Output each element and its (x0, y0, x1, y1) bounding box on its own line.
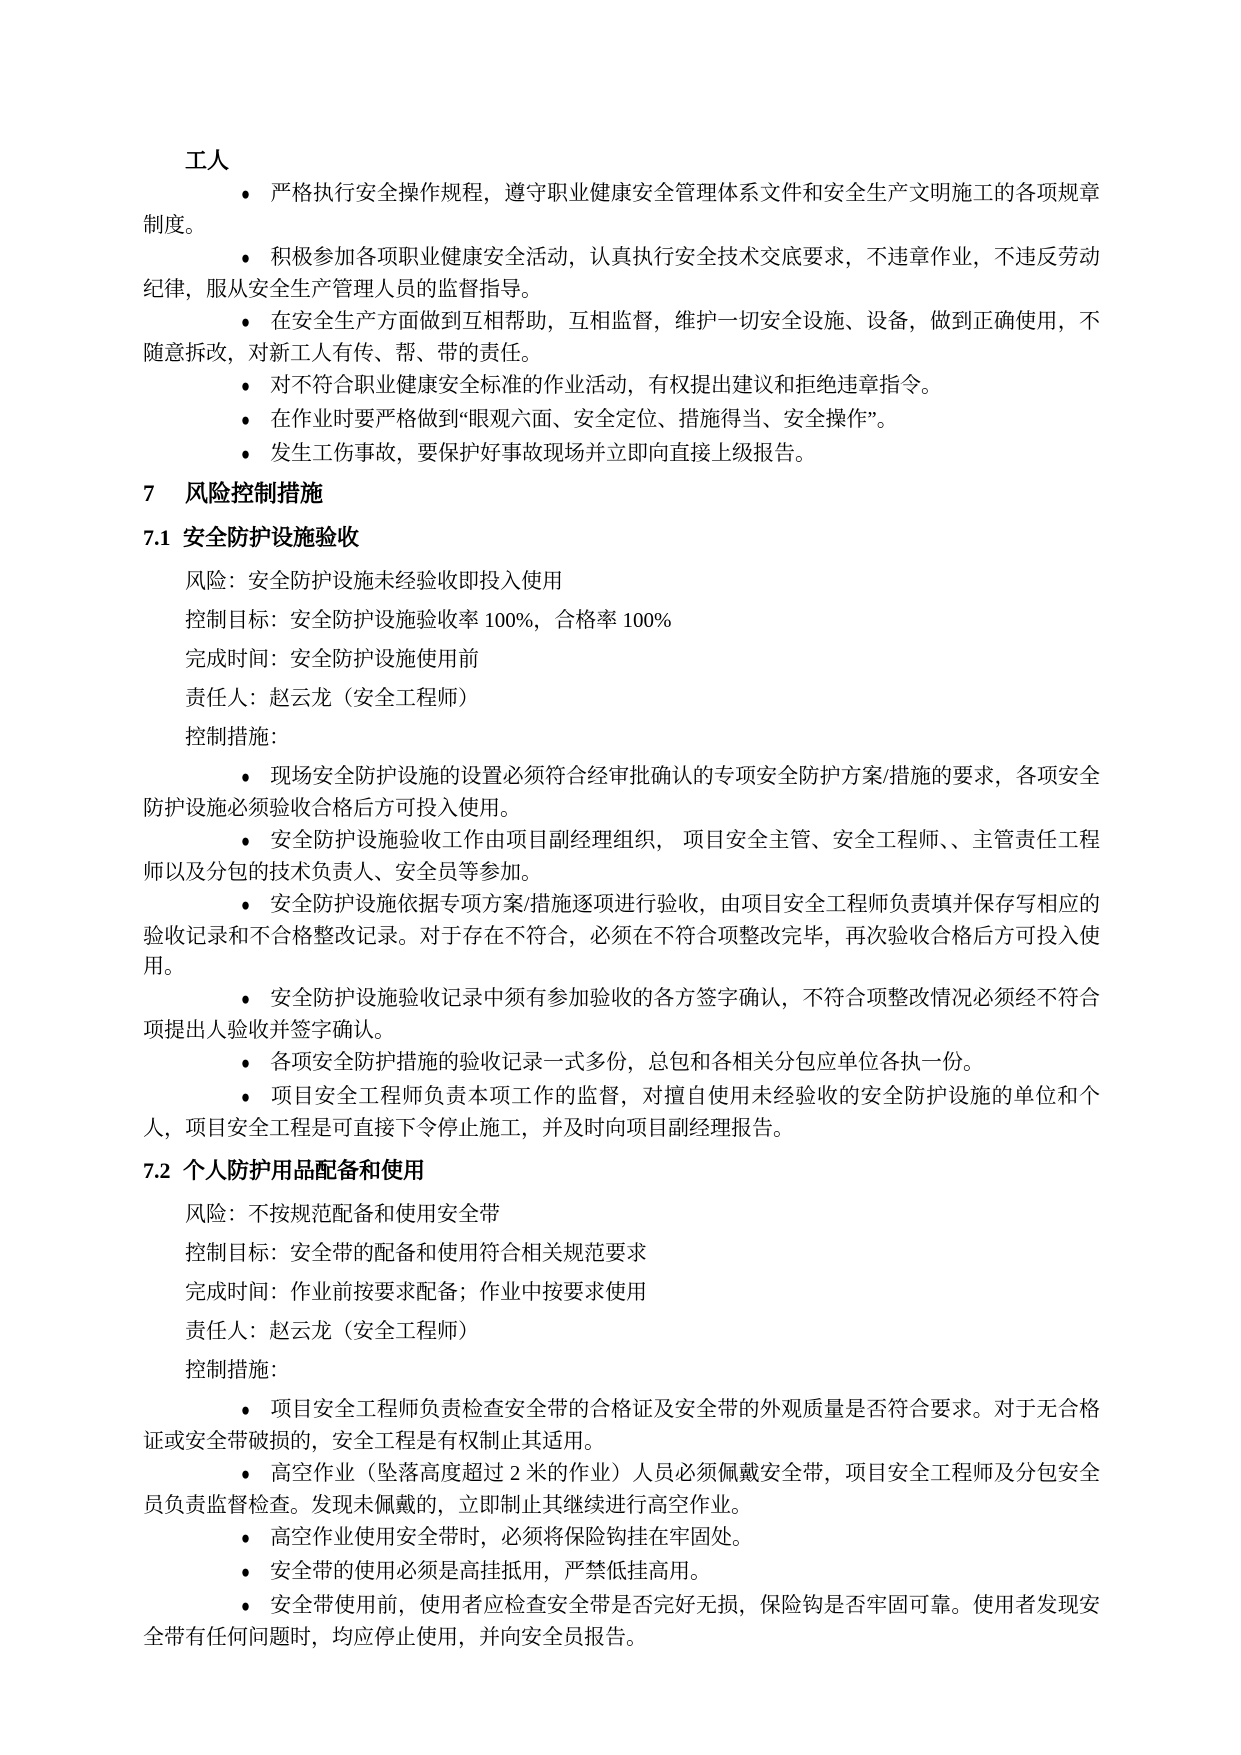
responsible-person-field: 责任人：赵云龙（安全工程师） (143, 1316, 1100, 1346)
control-measures-label: 控制措施： (143, 1355, 1100, 1385)
worker-duty-item: ●在作业时要严格做到“眼观六面、安全定位、措施得当、安全操作”。 (143, 404, 1100, 436)
worker-duty-item: ●发生工伤事故，要保护好事故现场并立即向直接上级报告。 (143, 438, 1100, 470)
bullet-icon: ● (192, 887, 250, 925)
bullet-text: 对不符合职业健康安全标准的作业活动，有权提出建议和拒绝违章指令。 (270, 373, 942, 397)
subsection-title: 安全防护设施验收 (183, 525, 359, 550)
bullet-text: 项目安全工程师负责本项工作的监督，对擅自使用未经验收的安全防护设施的单位和个人，… (143, 1084, 1100, 1140)
control-target-field: 控制目标：安全带的配备和使用符合相关规范要求 (143, 1238, 1100, 1268)
bullet-icon: ● (192, 436, 250, 474)
bullet-icon: ● (192, 240, 250, 278)
bullet-text: 严格执行安全操作规程，遵守职业健康安全管理体系文件和安全生产文明施工的各项规章制… (143, 181, 1100, 237)
control-measure-item: ●各项安全防护措施的验收记录一式多份，总包和各相关分包应单位各执一份。 (143, 1047, 1100, 1079)
section-7-2-heading: 7.2个人防护用品配备和使用 (143, 1155, 1100, 1187)
subsection-number: 7.1 (143, 522, 183, 554)
bullet-text: 高空作业使用安全带时，必须将保险钩挂在牢固处。 (270, 1525, 753, 1549)
completion-time-field: 完成时间：作业前按要求配备；作业中按要求使用 (143, 1277, 1100, 1307)
bullet-text: 在作业时要严格做到“眼观六面、安全定位、措施得当、安全操作”。 (270, 407, 898, 431)
bullet-text: 安全防护设施验收工作由项目副经理组织， 项目安全主管、安全工程师、、主管责任工程… (143, 828, 1100, 884)
bullet-icon: ● (192, 368, 250, 406)
bullet-text: 现场安全防护设施的设置必须符合经审批确认的专项安全防护方案/措施的要求，各项安全… (143, 764, 1100, 820)
bullet-text: 各项安全防护措施的验收记录一式多份，总包和各相关分包应单位各执一份。 (270, 1050, 984, 1074)
risk-field: 风险：安全防护设施未经验收即投入使用 (143, 566, 1100, 596)
control-measure-item: ●安全带的使用必须是高挂抵用，严禁低挂高用。 (143, 1556, 1100, 1588)
bullet-text: 安全带的使用必须是高挂抵用，严禁低挂高用。 (270, 1559, 711, 1583)
control-measure-item: ●高空作业使用安全带时，必须将保险钩挂在牢固处。 (143, 1522, 1100, 1554)
subsection-title: 个人防护用品配备和使用 (183, 1158, 425, 1183)
bullet-text: 高空作业（坠落高度超过 2 米的作业）人员必须佩戴安全带，项目安全工程师及分包安… (143, 1461, 1100, 1517)
control-target-field: 控制目标：安全防护设施验收率 100%，合格率 100% (143, 605, 1100, 635)
control-measures-label: 控制措施： (143, 722, 1100, 752)
bullet-text: 积极参加各项职业健康安全活动，认真执行安全技术交底要求，不违章作业，不违反劳动纪… (143, 245, 1100, 301)
bullet-icon: ● (192, 1520, 250, 1558)
control-measure-item: ●安全带使用前，使用者应检查安全带是否完好无损，保险钩是否牢固可靠。使用者发现安… (143, 1590, 1100, 1652)
control-measure-item: ●项目安全工程师负责检查安全带的合格证及安全带的外观质量是否符合要求。对于无合格… (143, 1394, 1100, 1456)
bullet-text: 安全带使用前，使用者应检查安全带是否完好无损，保险钩是否牢固可靠。使用者发现安全… (143, 1593, 1100, 1649)
control-measure-item: ●项目安全工程师负责本项工作的监督，对擅自使用未经验收的安全防护设施的单位和个人… (143, 1081, 1100, 1143)
control-measure-item: ●现场安全防护设施的设置必须符合经审批确认的专项安全防护方案/措施的要求，各项安… (143, 761, 1100, 823)
completion-time-field: 完成时间：安全防护设施使用前 (143, 644, 1100, 674)
document-page: 工人 ●严格执行安全操作规程，遵守职业健康安全管理体系文件和安全生产文明施工的各… (0, 0, 1241, 1755)
bullet-icon: ● (192, 176, 250, 214)
responsible-person-field: 责任人：赵云龙（安全工程师） (143, 683, 1100, 713)
control-measure-item: ●高空作业（坠落高度超过 2 米的作业）人员必须佩戴安全带，项目安全工程师及分包… (143, 1458, 1100, 1520)
control-measure-item: ●安全防护设施验收工作由项目副经理组织， 项目安全主管、安全工程师、、主管责任工… (143, 825, 1100, 887)
bullet-icon: ● (192, 1045, 250, 1083)
bullet-icon: ● (192, 981, 250, 1019)
bullet-text: 安全防护设施验收记录中须有参加验收的各方签字确认，不符合项整改情况必须经不符合项… (143, 986, 1100, 1042)
section-7-heading: 7风险控制措施 (143, 478, 1100, 510)
bullet-icon: ● (192, 759, 250, 797)
section-title: 风险控制措施 (185, 481, 323, 506)
worker-duty-item: ●严格执行安全操作规程，遵守职业健康安全管理体系文件和安全生产文明施工的各项规章… (143, 178, 1100, 240)
bullet-text: 项目安全工程师负责检查安全带的合格证及安全带的外观质量是否符合要求。对于无合格证… (143, 1397, 1100, 1453)
bullet-icon: ● (192, 304, 250, 342)
bullet-icon: ● (192, 1554, 250, 1592)
worker-duty-item: ●在安全生产方面做到互相帮助，互相监督，维护一切安全设施、设备，做到正确使用，不… (143, 306, 1100, 368)
bullet-icon: ● (192, 1392, 250, 1430)
worker-role-heading: 工人 (185, 146, 1100, 176)
subsection-number: 7.2 (143, 1155, 183, 1187)
bullet-icon: ● (192, 1079, 250, 1117)
bullet-text: 在安全生产方面做到互相帮助，互相监督，维护一切安全设施、设备，做到正确使用，不随… (143, 309, 1100, 365)
section-7-1-heading: 7.1安全防护设施验收 (143, 522, 1100, 554)
risk-field: 风险：不按规范配备和使用安全带 (143, 1199, 1100, 1229)
bullet-text: 发生工伤事故，要保护好事故现场并立即向直接上级报告。 (270, 441, 816, 465)
control-measure-item: ●安全防护设施验收记录中须有参加验收的各方签字确认，不符合项整改情况必须经不符合… (143, 983, 1100, 1045)
bullet-icon: ● (192, 823, 250, 861)
control-measure-item: ●安全防护设施依据专项方案/措施逐项进行验收，由项目安全工程师负责填并保存写相应… (143, 889, 1100, 981)
bullet-icon: ● (192, 1588, 250, 1626)
bullet-icon: ● (192, 402, 250, 440)
section-number: 7 (143, 478, 185, 510)
bullet-text: 安全防护设施依据专项方案/措施逐项进行验收，由项目安全工程师负责填并保存写相应的… (143, 892, 1100, 978)
bullet-icon: ● (192, 1456, 250, 1494)
worker-duty-item: ●积极参加各项职业健康安全活动，认真执行安全技术交底要求，不违章作业，不违反劳动… (143, 242, 1100, 304)
worker-duty-item: ●对不符合职业健康安全标准的作业活动，有权提出建议和拒绝违章指令。 (143, 370, 1100, 402)
